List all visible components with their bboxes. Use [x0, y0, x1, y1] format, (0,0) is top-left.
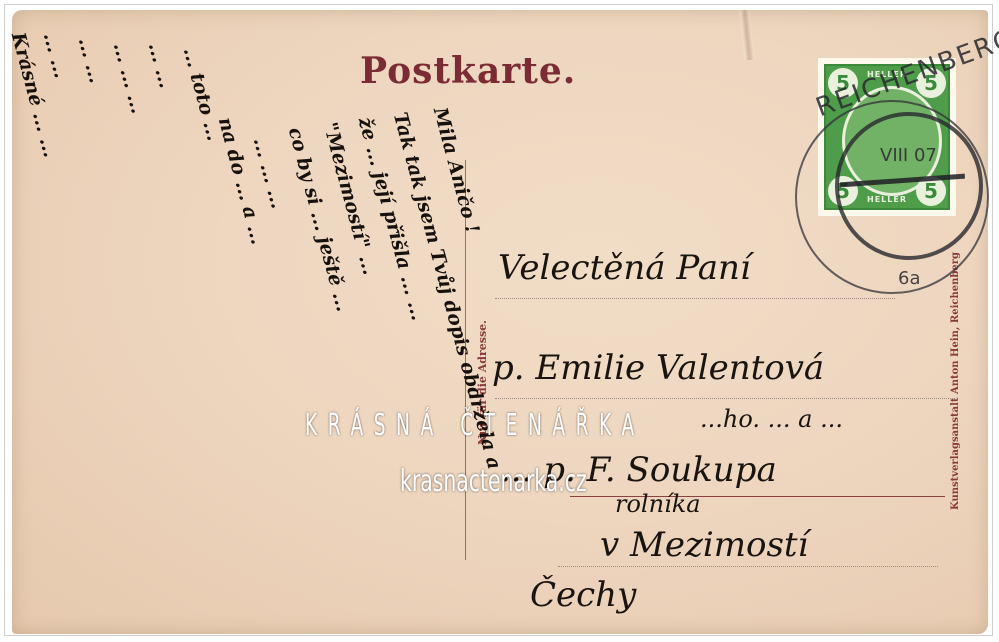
address-line-care-of: ...ho. ... a ... — [700, 405, 843, 433]
postmark-date: VIII 07 — [880, 145, 937, 166]
watermark-url: krasnactenarka.cz — [400, 464, 587, 499]
address-line-4 — [558, 566, 938, 567]
address-line-occupation: rolníka — [615, 490, 701, 518]
address-line-2 — [495, 398, 955, 399]
address-salutation: Velectěná Paní — [498, 248, 751, 288]
publisher-imprint: Kunstverlagsanstalt Anton Hein, Reichenb… — [950, 252, 961, 510]
watermark-title: KRÁSNÁ ČTENÁŘKA — [305, 408, 550, 443]
postcard-title: Postkarte. — [360, 50, 576, 92]
address-line-town: v Mezimostí — [600, 525, 808, 565]
address-recipient-name: p. Emilie Valentová — [492, 348, 824, 388]
address-line-country: Čechy — [530, 575, 636, 615]
address-line-1 — [495, 298, 895, 299]
paper-crease — [739, 10, 754, 60]
postmark-code: 6a — [898, 268, 920, 289]
